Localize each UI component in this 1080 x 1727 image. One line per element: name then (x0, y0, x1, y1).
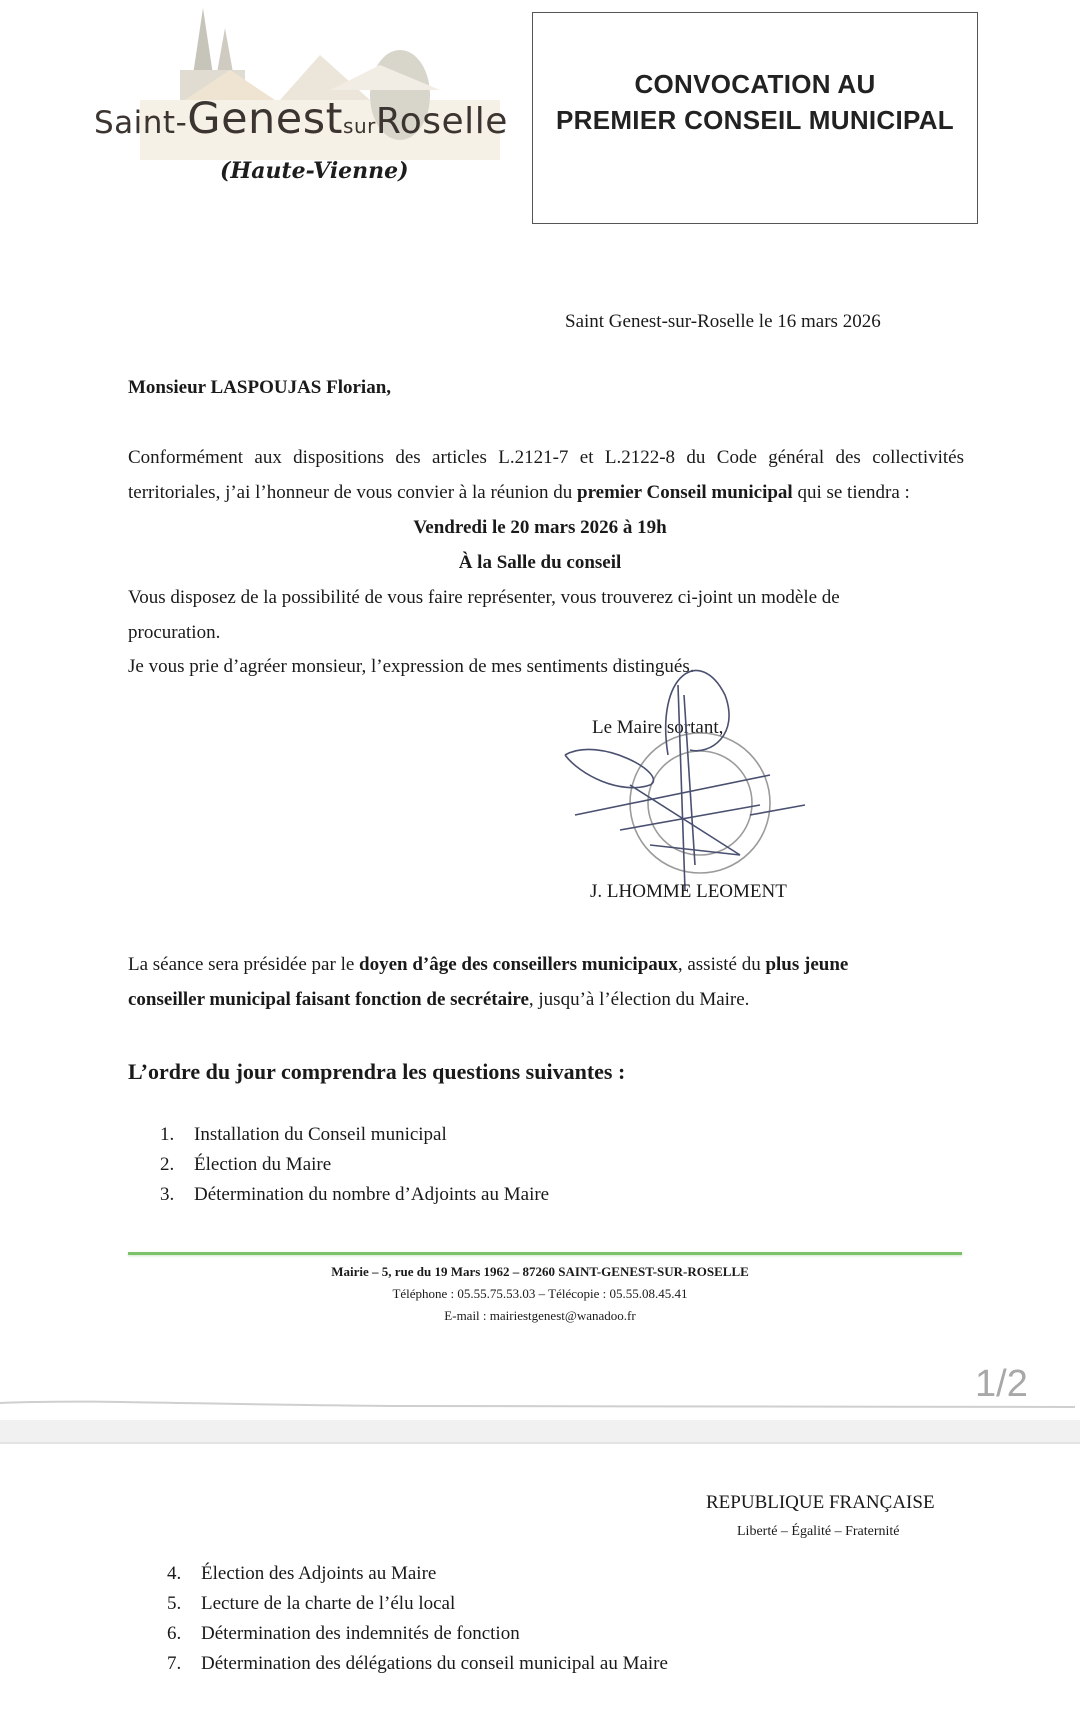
agenda-item: 4.Élection des Adjoints au Maire (167, 1563, 436, 1585)
presidency-emphasis: conseiller municipal faisant fonction de… (128, 989, 529, 1010)
agenda-item-number: 3. (160, 1184, 194, 1206)
intro-line: Conformément aux dispositions des articl… (128, 447, 964, 469)
logo-region: (Haute-Vienne) (220, 158, 409, 184)
document-title-box: CONVOCATION AU PREMIER CONSEIL MUNICIPAL (532, 12, 978, 224)
page-gap (0, 1420, 1080, 1444)
mayor-stamp-signature-icon (560, 655, 840, 905)
agenda-item-label: Lecture de la charte de l’élu local (201, 1593, 455, 1614)
agenda-item: 6.Détermination des indemnités de foncti… (167, 1623, 520, 1645)
presidency-emphasis: plus jeune (765, 954, 848, 975)
intro-line: territoriales, j’ai l’honneur de vous co… (128, 482, 910, 504)
salutation: Monsieur LASPOUJAS Florian, (128, 377, 391, 399)
intro-text: qui se tiendra : (793, 482, 910, 503)
agenda-item-label: Installation du Conseil municipal (194, 1124, 447, 1145)
agenda-item-label: Détermination des indemnités de fonction (201, 1623, 520, 1644)
place-date: Saint Genest-sur-Roselle le 16 mars 2026 (565, 311, 881, 333)
logo-town-name: Saint-GenestsurRoselle (94, 94, 508, 144)
footer-divider (128, 1252, 962, 1255)
presidency-line: conseiller municipal faisant fonction de… (128, 989, 749, 1011)
agenda-item-number: 7. (167, 1653, 201, 1675)
logo-name-part: Saint- (94, 105, 187, 141)
agenda-heading: L’ordre du jour comprendra les questions… (128, 1059, 625, 1085)
municipality-logo: Saint-GenestsurRoselle (Haute-Vienne) (80, 0, 520, 200)
agenda-item: 5.Lecture de la charte de l’élu local (167, 1593, 455, 1615)
agenda-item-number: 6. (167, 1623, 201, 1645)
agenda-item-label: Élection des Adjoints au Maire (201, 1563, 436, 1584)
document-title-line: CONVOCATION AU (533, 66, 977, 102)
intro-text: territoriales, j’ai l’honneur de vous co… (128, 482, 577, 503)
agenda-item-label: Détermination du nombre d’Adjoints au Ma… (194, 1184, 549, 1205)
agenda-item-number: 5. (167, 1593, 201, 1615)
presidency-line: La séance sera présidée par le doyen d’â… (128, 954, 848, 976)
meeting-datetime: Vendredi le 20 mars 2026 à 19h (0, 517, 1080, 539)
republic-motto: Liberté – Égalité – Fraternité (737, 1524, 900, 1540)
intro-emphasis: premier Conseil municipal (577, 482, 793, 503)
agenda-item-number: 2. (160, 1154, 194, 1176)
proxy-line: procuration. (128, 622, 220, 644)
logo-name-part: Genest (187, 94, 343, 144)
proxy-line: Vous disposez de la possibilité de vous … (128, 587, 840, 609)
footer-email: E-mail : mairiestgenest@wanadoo.fr (0, 1308, 1080, 1324)
presidency-text: , jusqu’à l’élection du Maire. (529, 989, 750, 1010)
agenda-item: 7.Détermination des délégations du conse… (167, 1653, 668, 1675)
logo-name-part: sur (343, 114, 376, 138)
agenda-item: 1.Installation du Conseil municipal (160, 1124, 447, 1146)
presidency-text: La séance sera présidée par le (128, 954, 359, 975)
agenda-item: 2.Élection du Maire (160, 1154, 331, 1176)
presidency-text: , assisté du (678, 954, 766, 975)
agenda-item: 3.Détermination du nombre d’Adjoints au … (160, 1184, 549, 1206)
logo-name-part: Roselle (376, 101, 508, 142)
presidency-emphasis: doyen d’âge des conseillers municipaux (359, 954, 678, 975)
footer-phones: Téléphone : 05.55.75.53.03 – Télécopie :… (0, 1286, 1080, 1302)
meeting-place: À la Salle du conseil (0, 552, 1080, 574)
document-title-line: PREMIER CONSEIL MUNICIPAL (533, 102, 977, 138)
agenda-item-label: Élection du Maire (194, 1154, 331, 1175)
agenda-item-number: 4. (167, 1563, 201, 1585)
signature-name: J. LHOMME LEOMENT (590, 881, 787, 903)
footer-address: Mairie – 5, rue du 19 Mars 1962 – 87260 … (0, 1264, 1080, 1280)
page-indicator: 1/2 (975, 1363, 1028, 1406)
agenda-item-label: Détermination des délégations du conseil… (201, 1653, 668, 1674)
republic-heading: REPUBLIQUE FRANÇAISE (706, 1492, 935, 1514)
agenda-item-number: 1. (160, 1124, 194, 1146)
